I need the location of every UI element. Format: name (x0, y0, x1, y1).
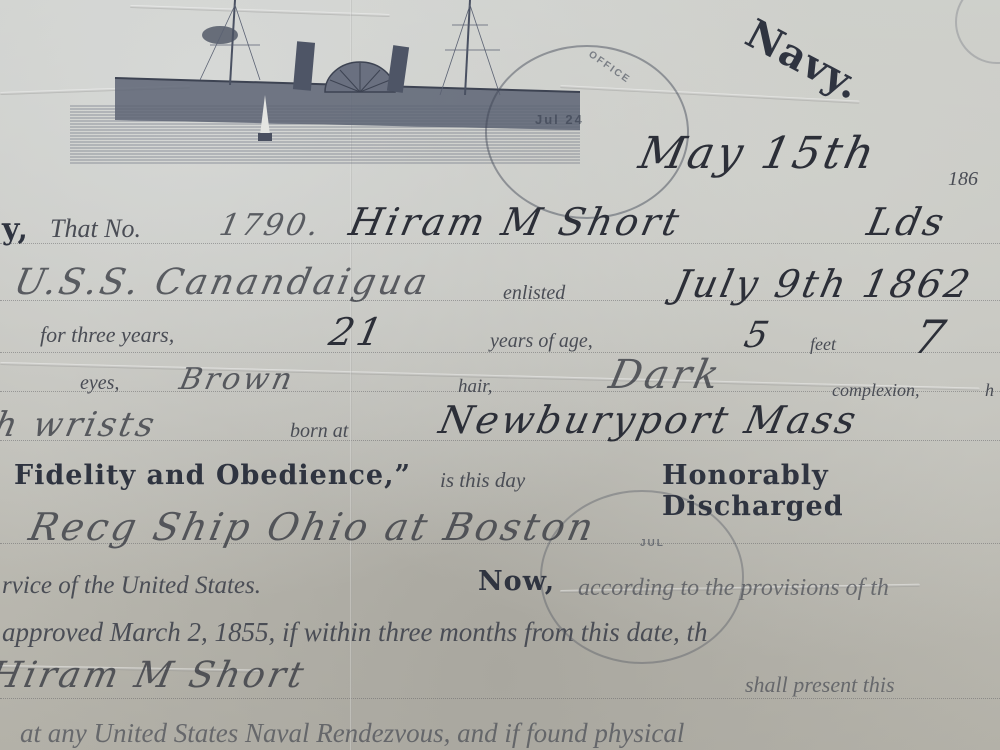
sailor-name: Hiram M Short (345, 200, 685, 244)
printed-this-day: is this day (440, 468, 525, 493)
height-feet: 5 (741, 315, 776, 356)
distinguishing-marks: h wrists (0, 405, 161, 445)
printed-approved-line: approved March 2, 1855, if within three … (2, 617, 707, 648)
hair-color: Dark (605, 352, 726, 398)
printed-rendezvous-line: at any United States Naval Rendezvous, a… (20, 718, 684, 749)
enlist-date: July 9th 1862 (670, 262, 976, 306)
printed-service-line: rvice of the United States. (2, 572, 261, 600)
fidelity-obedience-heading: Fidelity and Obedience,” (14, 460, 411, 491)
issue-year: 186 (948, 168, 978, 191)
ship-name: U.S.S. Canandaigua (11, 262, 434, 303)
sailor-number: 1790. (216, 208, 324, 243)
printed-years-of-age: years of age, (490, 330, 593, 353)
sailor-age: 21 (325, 310, 389, 354)
printed-feet: feet (810, 334, 836, 355)
honorably-discharged-heading: Honorably Discharged (662, 460, 1000, 522)
printed-provisions-line: according to the provisions of th (578, 575, 889, 602)
printed-hair: hair, (458, 376, 492, 398)
lead-glyph: y, (2, 212, 29, 247)
stamp-date: JUL (640, 538, 665, 549)
printed-trailing: h (985, 380, 994, 401)
ruled-line (0, 698, 1000, 699)
printed-that-no: That No. (50, 214, 141, 244)
now-heading: Now, (478, 566, 555, 597)
printed-born-at: born at (290, 420, 348, 443)
printed-shall-present: shall present this (745, 672, 895, 698)
postmark-stamp (955, 0, 1000, 64)
birthplace: Newburyport Mass (435, 398, 862, 442)
sailor-rating: Lds (863, 200, 950, 244)
eye-color: Brown (176, 362, 298, 397)
printed-term: for three years, (40, 322, 174, 348)
sailor-name-repeat: Hiram M Short (0, 655, 310, 696)
stamp-date: Jul 24 (535, 112, 584, 127)
height-inches: 7 (909, 310, 953, 364)
discharge-certificate: Navy. OFFICE Jul 24 JUL May 15th 186 y, … (0, 0, 1000, 750)
printed-enlisted: enlisted (503, 282, 565, 305)
discharge-location: Recg Ship Ohio at Boston (25, 505, 600, 549)
printed-eyes: eyes, (80, 372, 119, 395)
issue-date: May 15th (635, 128, 882, 179)
